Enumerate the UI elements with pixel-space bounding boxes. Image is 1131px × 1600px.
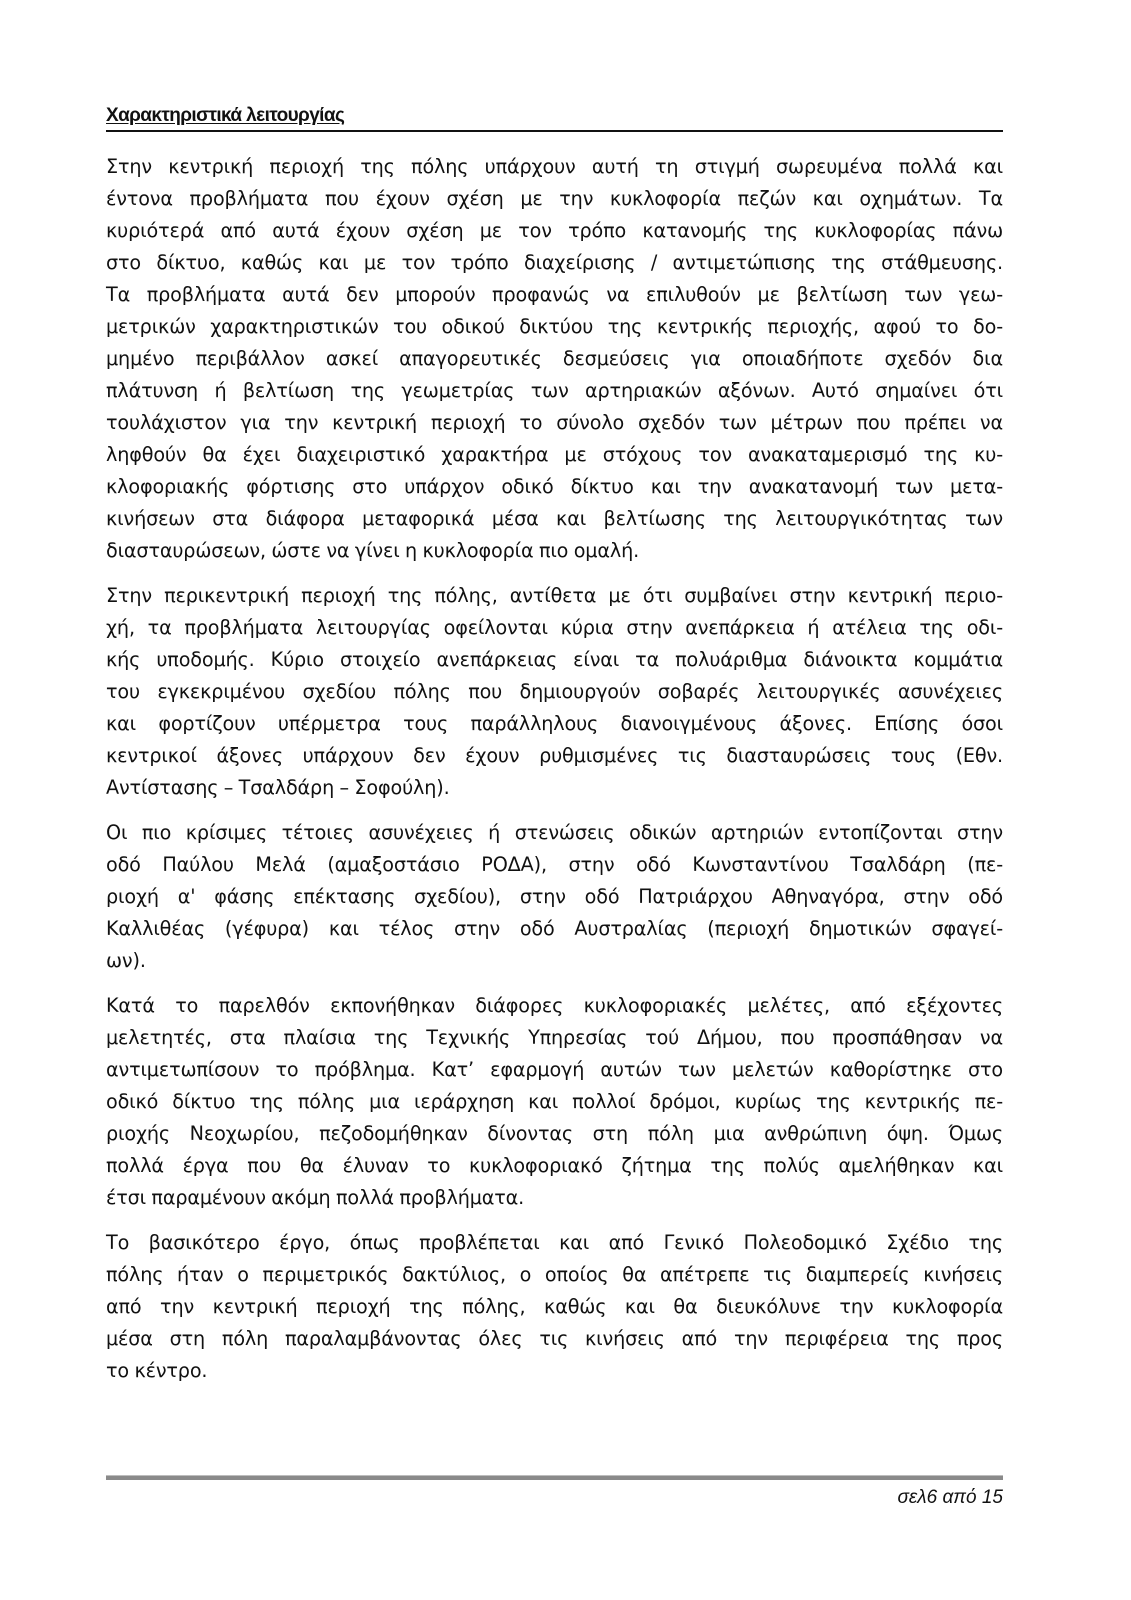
text-line: ριοχής Νεοχωρίου, πεζοδομήθηκαν δίνοντας…	[106, 1118, 1003, 1150]
text-line: κής υποδομής. Κύριο στοιχείο ανεπάρκειας…	[106, 644, 1003, 676]
section-heading: Χαρακτηριστικά λειτουργίας	[106, 105, 344, 126]
page-number: σελ6 από 15	[897, 1487, 1003, 1509]
text-line: από την κεντρική περιοχή της πόλης, καθώ…	[106, 1291, 1003, 1323]
text-line: στο δίκτυο, καθώς και με τον τρόπο διαχε…	[106, 247, 1003, 279]
document-page: Χαρακτηριστικά λειτουργίας Στην κεντρική…	[0, 0, 1131, 1600]
paragraph-4: Κατά το παρελθόν εκπονήθηκαν διάφορες κυ…	[106, 990, 1003, 1214]
text-line: διασταυρώσεων, ώστε να γίνει η κυκλοφορί…	[106, 535, 1003, 567]
text-line: Στην περικεντρική περιοχή της πόλης, αντ…	[106, 580, 1003, 612]
text-line: κυριότερά από αυτά έχουν σχέση με τον τρ…	[106, 215, 1003, 247]
text-line: και φορτίζουν υπέρμετρα τους παράλληλους…	[106, 708, 1003, 740]
text-line: τουλάχιστον για την κεντρική περιοχή το …	[106, 407, 1003, 439]
paragraph-2: Στην περικεντρική περιοχή της πόλης, αντ…	[106, 580, 1003, 804]
paragraph-1: Στην κεντρική περιοχή της πόλης υπάρχουν…	[106, 151, 1003, 567]
text-line: ληφθούν θα έχει διαχειριστικό χαρακτήρα …	[106, 439, 1003, 471]
text-line: ριοχή α' φάσης επέκτασης σχεδίου), στην …	[106, 881, 1003, 913]
text-line: Οι πιο κρίσιμες τέτοιες ασυνέχειες ή στε…	[106, 817, 1003, 849]
text-line: κλοφοριακής φόρτισης στο υπάρχον οδικό δ…	[106, 471, 1003, 503]
paragraph-3: Οι πιο κρίσιμες τέτοιες ασυνέχειες ή στε…	[106, 817, 1003, 977]
text-line: Στην κεντρική περιοχή της πόλης υπάρχουν…	[106, 151, 1003, 183]
text-line: μέσα στη πόλη παραλαμβάνοντας όλες τις κ…	[106, 1323, 1003, 1355]
text-line: κινήσεων στα διάφορα μεταφορικά μέσα και…	[106, 503, 1003, 535]
text-line: Τα προβλήματα αυτά δεν μπορούν προφανώς …	[106, 279, 1003, 311]
text-line: του εγκεκριμένου σχεδίου πόλης που δημιο…	[106, 676, 1003, 708]
text-line: κεντρικοί άξονες υπάρχουν δεν έχουν ρυθμ…	[106, 740, 1003, 772]
text-line: μελετητές, στα πλαίσια της Τεχνικής Υπηρ…	[106, 1022, 1003, 1054]
text-line: το κέντρο.	[106, 1355, 1003, 1387]
section-heading-rule: Χαρακτηριστικά λειτουργίας	[106, 104, 1003, 132]
text-line: Καλλιθέας (γέφυρα) και τέλος στην οδό Αυ…	[106, 913, 1003, 945]
text-line: πολλά έργα που θα έλυναν το κυκλοφοριακό…	[106, 1150, 1003, 1182]
text-line: μημένο περιβάλλον ασκεί απαγορευτικές δε…	[106, 343, 1003, 375]
text-line: Αντίστασης – Τσαλδάρη – Σοφούλη).	[106, 772, 1003, 804]
text-line: χή, τα προβλήματα λειτουργίας οφείλονται…	[106, 612, 1003, 644]
text-line: οδικό δίκτυο της πόλης μια ιεράρχηση και…	[106, 1086, 1003, 1118]
text-line: έτσι παραμένουν ακόμη πολλά προβλήματα.	[106, 1182, 1003, 1214]
text-line: πόλης ήταν ο περιμετρικός δακτύλιος, ο ο…	[106, 1259, 1003, 1291]
paragraph-5: Το βασικότερο έργο, όπως προβλέπεται και…	[106, 1227, 1003, 1387]
text-line: ων).	[106, 945, 1003, 977]
text-line: οδό Παύλου Μελά (αμαξοστάσιο ΡΟΔΑ), στην…	[106, 849, 1003, 881]
text-line: έντονα προβλήματα που έχουν σχέση με την…	[106, 183, 1003, 215]
text-line: μετρικών χαρακτηριστικών του οδικού δικτ…	[106, 311, 1003, 343]
text-line: πλάτυνση ή βελτίωση της γεωμετρίας των α…	[106, 375, 1003, 407]
text-line: Κατά το παρελθόν εκπονήθηκαν διάφορες κυ…	[106, 990, 1003, 1022]
text-line: αντιμετωπίσουν το πρόβλημα. Κατ’ εφαρμογ…	[106, 1054, 1003, 1086]
footer-divider	[106, 1475, 1003, 1480]
document-body: Στην κεντρική περιοχή της πόλης υπάρχουν…	[106, 151, 1003, 1400]
text-line: Το βασικότερο έργο, όπως προβλέπεται και…	[106, 1227, 1003, 1259]
